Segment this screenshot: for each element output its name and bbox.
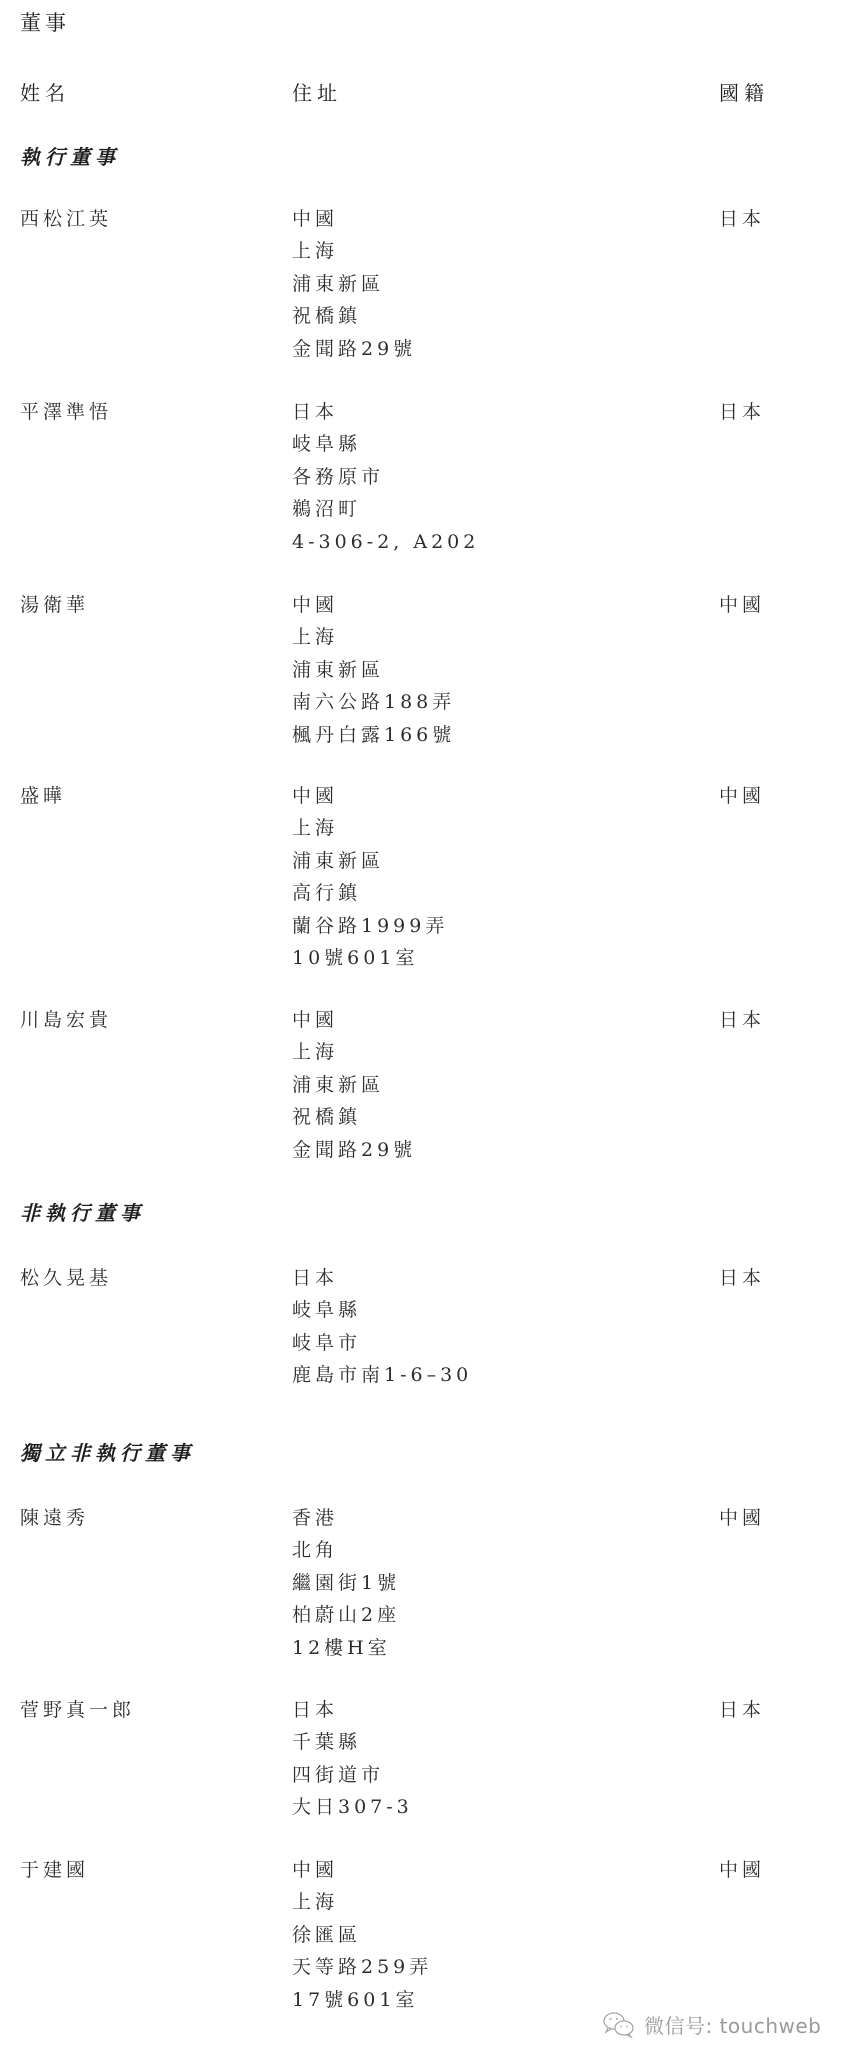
address-line: 大日307-3 <box>292 1791 413 1823</box>
address-line: 日本 <box>292 396 479 428</box>
address-line: 繼園街1號 <box>292 1567 400 1599</box>
address-line: 17號601室 <box>292 1984 432 2016</box>
address-line: 中國 <box>292 1004 416 1036</box>
address-line: 中國 <box>292 203 416 235</box>
address-line: 蘭谷路1999弄 <box>292 910 448 942</box>
address-line: 南六公路188弄 <box>292 686 455 718</box>
address-line: 香港 <box>292 1502 400 1534</box>
address-line: 4-306-2, A202 <box>292 526 479 558</box>
address-line: 日本 <box>292 1694 413 1726</box>
address-line: 岐阜縣 <box>292 428 479 460</box>
address-line: 徐匯區 <box>292 1919 432 1951</box>
watermark-text: 微信号: touchweb <box>644 2010 821 2039</box>
director-nationality: 日本 <box>719 396 765 428</box>
director-address: 日本 岐阜縣 岐阜市 鹿島市南1-6–30 <box>292 1262 472 1392</box>
director-name: 盛曄 <box>20 780 66 812</box>
address-line: 上海 <box>292 621 455 653</box>
section-heading-executive-directors: 執行董事 <box>20 145 120 169</box>
address-line: 10號601室 <box>292 942 448 974</box>
section-heading-independent-non-executive-directors: 獨立非執行董事 <box>20 1441 195 1465</box>
director-nationality: 日本 <box>719 203 765 235</box>
address-line: 鹿島市南1-6–30 <box>292 1359 472 1391</box>
column-header-address: 住址 <box>292 81 342 105</box>
address-line: 高行鎮 <box>292 877 448 909</box>
address-line: 上海 <box>292 812 448 844</box>
watermark: 微信号: touchweb <box>602 2010 821 2039</box>
director-nationality: 日本 <box>719 1694 765 1726</box>
director-nationality: 中國 <box>719 1502 765 1534</box>
director-nationality: 中國 <box>719 780 765 812</box>
director-name: 陳遠秀 <box>20 1502 89 1534</box>
director-name: 菅野真一郎 <box>20 1694 135 1726</box>
address-line: 北角 <box>292 1534 400 1566</box>
director-address: 日本 岐阜縣 各務原市 鵜沼町 4-306-2, A202 <box>292 396 479 558</box>
director-nationality: 中國 <box>719 589 765 621</box>
address-line: 浦東新區 <box>292 1069 416 1101</box>
address-line: 楓丹白露166號 <box>292 719 455 751</box>
address-line: 柏蔚山2座 <box>292 1599 400 1631</box>
address-line: 上海 <box>292 1036 416 1068</box>
director-name: 松久晃基 <box>20 1262 112 1294</box>
address-line: 中國 <box>292 589 455 621</box>
director-name: 川島宏貴 <box>20 1004 112 1036</box>
address-line: 浦東新區 <box>292 654 455 686</box>
address-line: 岐阜市 <box>292 1327 472 1359</box>
address-line: 浦東新區 <box>292 268 416 300</box>
address-line: 上海 <box>292 235 416 267</box>
director-address: 中國 上海 徐匯區 天等路259弄 17號601室 <box>292 1854 432 2016</box>
director-nationality: 日本 <box>719 1262 765 1294</box>
director-name: 平澤準悟 <box>20 396 112 428</box>
section-heading-non-executive-directors: 非執行董事 <box>20 1201 145 1225</box>
address-line: 金聞路29號 <box>292 1134 416 1166</box>
address-line: 浦東新區 <box>292 845 448 877</box>
address-line: 四街道市 <box>292 1759 413 1791</box>
director-address: 中國 上海 浦東新區 南六公路188弄 楓丹白露166號 <box>292 589 455 751</box>
director-name: 于建國 <box>20 1854 89 1886</box>
address-line: 天等路259弄 <box>292 1951 432 1983</box>
address-line: 中國 <box>292 780 448 812</box>
director-address: 日本 千葉縣 四街道市 大日307-3 <box>292 1694 413 1824</box>
address-line: 各務原市 <box>292 461 479 493</box>
column-header-nationality: 國籍 <box>719 81 769 105</box>
address-line: 岐阜縣 <box>292 1294 472 1326</box>
address-line: 12樓H室 <box>292 1632 400 1664</box>
director-name: 西松江英 <box>20 203 112 235</box>
director-nationality: 日本 <box>719 1004 765 1036</box>
address-line: 祝橋鎮 <box>292 300 416 332</box>
address-line: 中國 <box>292 1854 432 1886</box>
director-address: 香港 北角 繼園街1號 柏蔚山2座 12樓H室 <box>292 1502 400 1664</box>
address-line: 金聞路29號 <box>292 333 416 365</box>
address-line: 鵜沼町 <box>292 493 479 525</box>
page-title: 董事 <box>20 11 70 35</box>
director-address: 中國 上海 浦東新區 祝橋鎮 金聞路29號 <box>292 1004 416 1166</box>
director-address: 中國 上海 浦東新區 祝橋鎮 金聞路29號 <box>292 203 416 365</box>
wechat-icon <box>602 2011 636 2039</box>
address-line: 日本 <box>292 1262 472 1294</box>
column-header-name: 姓名 <box>20 81 70 105</box>
address-line: 千葉縣 <box>292 1726 413 1758</box>
address-line: 祝橋鎮 <box>292 1101 416 1133</box>
director-nationality: 中國 <box>719 1854 765 1886</box>
director-name: 湯衛華 <box>20 589 89 621</box>
address-line: 上海 <box>292 1886 432 1918</box>
director-address: 中國 上海 浦東新區 高行鎮 蘭谷路1999弄 10號601室 <box>292 780 448 974</box>
